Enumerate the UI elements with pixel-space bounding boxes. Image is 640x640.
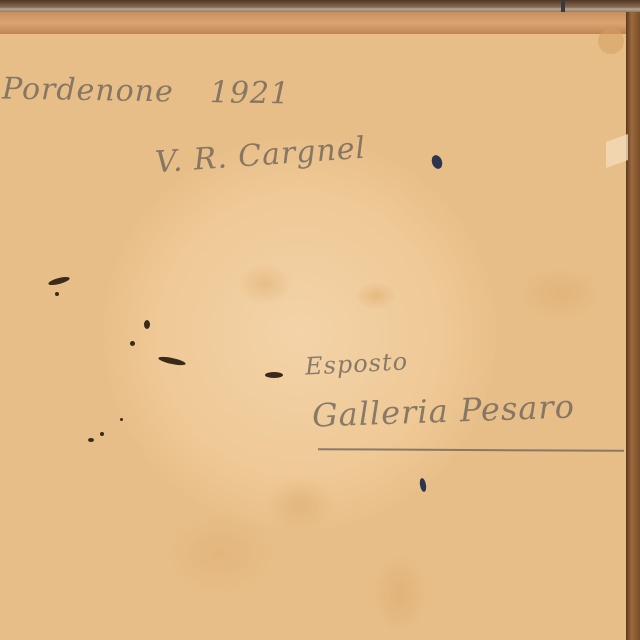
inscription-place: Pordenone bbox=[2, 71, 174, 109]
foxing-spot bbox=[120, 418, 123, 421]
inscription-place-year: Pordenone1921 bbox=[2, 71, 291, 111]
foxing-spot bbox=[130, 341, 135, 346]
foxing-spot bbox=[88, 438, 94, 442]
inscription-year: 1921 bbox=[209, 75, 290, 111]
frame-clip bbox=[561, 0, 565, 12]
inscription-exhibited: Esposto bbox=[304, 347, 408, 380]
foxing-spot bbox=[144, 320, 150, 329]
foxing-spot bbox=[265, 372, 283, 378]
frame-right-edge bbox=[626, 12, 640, 640]
foxing-spot bbox=[100, 432, 104, 436]
foxing-spot bbox=[55, 292, 59, 296]
aged-paper bbox=[0, 34, 626, 640]
stain-corner bbox=[598, 28, 624, 54]
frame-rail bbox=[0, 12, 640, 34]
frame-top-edge bbox=[0, 0, 640, 12]
